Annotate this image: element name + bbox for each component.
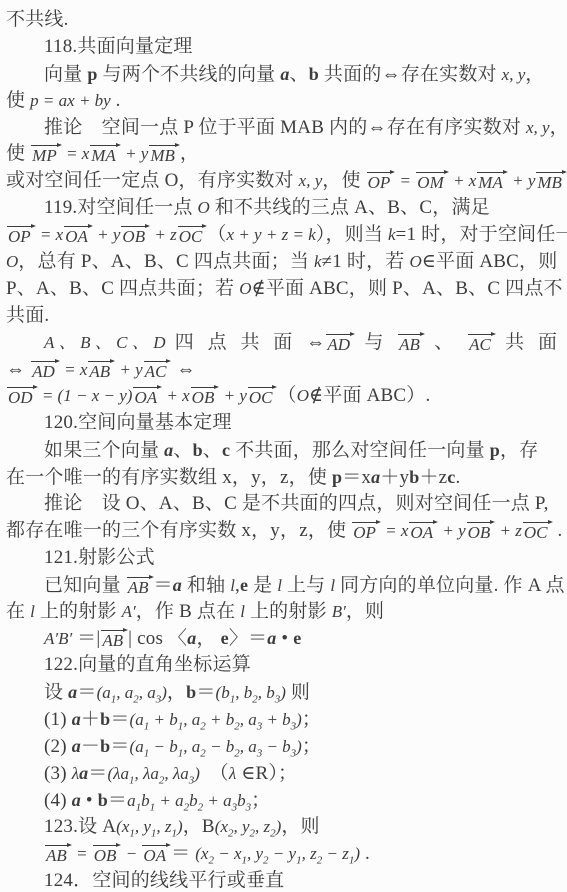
text-segment: . (456, 467, 461, 488)
document-page: 不共线.118.共面向量定理向量 p 与两个不共线的向量 a、b 共面的⇔存在实… (0, 0, 567, 892)
text-segment: 、 (203, 440, 222, 461)
text-segment: P、A、B、C 四点共面；若 (6, 278, 239, 299)
text-segment: 123.设 A (44, 816, 116, 837)
math-expression: + z (150, 225, 177, 244)
text-line-2: 118.共面向量定理 (6, 34, 561, 61)
math-expression: = (72, 844, 92, 863)
math-expression: (b1, b2, b3) (216, 683, 286, 702)
vector-overarrow-expression: OC (247, 386, 278, 408)
math-expression: (x1, y1, z1) (116, 817, 183, 836)
text-segment: 共面. (6, 305, 49, 326)
text-line-1: 不共线. (6, 7, 561, 34)
text-segment: ，使 (322, 170, 365, 191)
text-segment: （ (277, 385, 296, 406)
bold-vector-symbol: p (87, 64, 97, 84)
vector-overarrow-expression: OA (141, 844, 171, 866)
text-line-9: OP = xOA + yOB + zOC（x + y + z = k），则当 k… (6, 222, 561, 249)
text-line-4: 使 p = ax + by . (6, 88, 561, 115)
math-expression: (a1 + b1, a2 + b2, a3 + b3) (130, 710, 302, 729)
text-segment: 或对空间任一定点 O，有序实数对 (6, 170, 299, 191)
text-segment: =1 时，对于空间任一点 (396, 224, 567, 245)
bold-vector-symbol: b (98, 790, 108, 810)
math-expression: + z (495, 521, 522, 540)
text-segment: 和不共线的三点 A、B、C，满足 (210, 197, 490, 218)
math-expression: B′ (332, 602, 346, 621)
text-segment: 使 (6, 90, 30, 111)
text-segment: ＝ (171, 843, 195, 864)
vector-overarrow-expression: MB (535, 171, 567, 193)
text-line-11: P、A、B、C 四点共面；若 O∉平面 ABC，则 P、A、B、C 四点不 (6, 276, 561, 303)
text-line-24: A′B′ ＝|AB| cos 〈a， e〉＝a • e (6, 625, 561, 652)
text-line-29: (3) λa＝(λa1, λa2, λa3) （λ ∈R）； (6, 760, 561, 787)
text-line-26: 设 a＝(a1, a2, a3)，b＝(b1, b2, b3) 则 (6, 679, 561, 706)
text-segment: ， (550, 117, 567, 138)
bold-vector-symbol: c (222, 440, 230, 460)
text-segment: 118.共面向量定理 (44, 36, 193, 57)
text-line-19: 推论 设 O、A、B、C 是不共面的四点，则对空间任一点 P, (6, 491, 561, 518)
text-segment: 上的射影 (35, 601, 122, 622)
text-segment: ； (251, 790, 270, 811)
bold-vector-symbol: e (293, 628, 301, 648)
text-segment: . (553, 520, 563, 541)
vector-overarrow-expression: OA (408, 521, 438, 543)
bold-italic-vector-symbol: a (72, 709, 81, 729)
math-expression: (x2, y2, z2) (215, 817, 282, 836)
vector-overarrow-expression: OA (63, 225, 93, 247)
math-expression: + y (508, 171, 536, 190)
math-expression: = (1 − x − y) (38, 386, 133, 405)
text-segment: ＝| (72, 628, 100, 649)
bold-vector-symbol: e (240, 575, 248, 595)
bold-italic-vector-symbol: a (79, 763, 88, 783)
text-segment: 124．空间的线线平行或垂直 (44, 870, 284, 891)
bold-vector-symbol: e (221, 628, 229, 648)
math-expression: x + y + z = k (227, 225, 316, 244)
math-expression: A、B、C、D (44, 333, 165, 352)
math-expression: O (409, 252, 421, 271)
bold-vector-symbol: b (100, 736, 110, 756)
text-segment: ＝ (154, 575, 173, 596)
text-segment: 不共线. (6, 9, 69, 30)
math-expression: x, y (526, 118, 550, 137)
math-expression: + x (162, 386, 190, 405)
text-line-23: 在 l 上的射影 A′，作 B 点在 l 上的射影 B′，则 (6, 599, 561, 626)
math-expression: p = ax + by (30, 91, 111, 110)
vector-overarrow-expression: AB (397, 333, 425, 355)
text-segment: (3) (44, 763, 72, 784)
text-segment: ＋y (380, 467, 409, 488)
text-segment: . (360, 843, 370, 864)
text-segment: 与 (355, 332, 397, 353)
bold-vector-symbol: b (409, 467, 419, 487)
vector-overarrow-expression: OM (415, 171, 448, 193)
vector-overarrow-expression: AB (126, 576, 154, 598)
vector-overarrow-expression: OB (466, 521, 496, 543)
vector-overarrow-expression: MA (476, 171, 508, 193)
bold-italic-vector-symbol: a (164, 440, 173, 460)
text-segment: ， (196, 628, 220, 649)
text-segment: ∉平面 ABC）. (309, 385, 430, 406)
text-segment: 在一个唯一的有序实数组 x，y，z，使 (6, 467, 332, 488)
text-line-20: 都存在唯一的三个有序实数 x，y，z，使 OP = xOA + yOB + zO… (6, 518, 561, 545)
text-line-12: 共面. (6, 303, 561, 330)
text-segment: 推论 空间一点 P 位于平面 MAB 内的⇔存在有序实数对 (44, 117, 526, 138)
vector-overarrow-expression: AB (100, 629, 128, 651)
bold-italic-vector-symbol: a (371, 467, 380, 487)
text-line-5: 推论 空间一点 P 位于平面 MAB 内的⇔存在有序实数对 x, y， (6, 115, 561, 142)
text-segment: 都存在唯一的三个有序实数 x，y，z，使 (6, 520, 351, 541)
text-line-17: 如果三个向量 a、b、c 不共面，那么对空间任一向量 p，存 (6, 437, 561, 464)
text-line-32: AB = OB − OA＝ (x2 − x1, y2 − y1, z2 − z1… (6, 841, 561, 868)
math-expression: a1b1 + a2b2 + a3b3 (127, 791, 251, 810)
bold-italic-vector-symbol: a (68, 682, 77, 702)
text-segment: 、 (425, 332, 467, 353)
text-line-33: 124．空间的线线平行或垂直 (6, 868, 561, 892)
text-segment: ＝x (342, 467, 371, 488)
bold-vector-symbol: c (447, 467, 455, 487)
math-expression: + y (93, 225, 121, 244)
text-segment: 设 (44, 682, 68, 703)
bold-italic-vector-symbol: a (72, 790, 81, 810)
math-expression: (a1 − b1, a2 − b2, a3 − b3) (130, 737, 302, 756)
vector-overarrow-expression: AD (30, 360, 60, 382)
text-line-22: 已知向量 AB＝a 和轴 l,e 是 l 上与 l 同方向的单位向量. 作 A … (6, 572, 561, 599)
vector-overarrow-expression: OC (177, 225, 208, 247)
math-expression: O (239, 279, 251, 298)
text-segment: (4) (44, 790, 72, 811)
text-line-18: 在一个唯一的有序实数组 x，y，z，使 p＝xa＋yb＋zc. (6, 464, 561, 491)
text-segment: ＝ (110, 709, 129, 730)
text-segment: 不共面，那么对空间任一向量 (230, 440, 490, 461)
text-segment: ⇔ (6, 359, 30, 380)
vector-overarrow-expression: OB (120, 225, 150, 247)
math-expression: x, y (502, 65, 526, 84)
text-segment: 、 (173, 440, 192, 461)
bold-vector-symbol: b (193, 440, 203, 460)
text-segment: 向量 (44, 64, 87, 85)
text-segment: ，B (183, 816, 215, 837)
math-expression: k (314, 252, 322, 271)
text-segment: 和轴 (182, 575, 230, 596)
text-segment: ，总有 P、A、B、C 四点共面；当 (18, 251, 314, 272)
text-segment: 、 (290, 64, 309, 85)
vector-overarrow-expression: AC (467, 333, 496, 355)
vector-overarrow-expression: OC (522, 521, 553, 543)
text-segment: 则 (286, 682, 310, 703)
vector-overarrow-expression: OP (366, 171, 396, 193)
text-segment: 推论 设 O、A、B、C 是不共面的四点，则对空间任一点 P, (44, 493, 549, 514)
text-line-8: 119.对空间任一点 O 和不共线的三点 A、B、C，满足 (6, 195, 561, 222)
text-line-3: 向量 p 与两个不共线的向量 a、b 共面的⇔存在实数对 x, y， (6, 61, 561, 88)
text-segment: (2) (44, 736, 72, 757)
text-line-15: OD = (1 − x − y)OA + xOB + yOC（O∉平面 ABC）… (6, 383, 561, 410)
math-expression: O (6, 252, 18, 271)
vector-overarrow-expression: OP (351, 521, 381, 543)
text-line-25: 122.向量的直角坐标运算 (6, 652, 561, 679)
text-segment: ，则 (346, 601, 384, 622)
text-segment: 是 (248, 575, 277, 596)
bold-vector-symbol: b (100, 709, 110, 729)
text-segment: ∈平面 ABC，则 (422, 251, 558, 272)
math-expression: = x (36, 225, 64, 244)
bold-italic-vector-symbol: a (280, 64, 289, 84)
math-expression: λ (72, 764, 79, 783)
math-expression: + x (449, 171, 477, 190)
text-segment: 已知向量 (44, 575, 126, 596)
text-segment: 〉＝ (229, 628, 267, 649)
text-segment: 四 点 共 面 ⇔ (165, 332, 325, 353)
text-segment: ∈R）； (236, 763, 297, 784)
text-segment: . (111, 90, 121, 111)
vector-overarrow-expression: OD (6, 386, 38, 408)
math-expression: (a1, a2, a3) (97, 683, 167, 702)
vector-overarrow-expression: MB (148, 144, 180, 166)
text-segment: ＝ (77, 682, 96, 703)
text-segment: 上的射影 (245, 601, 332, 622)
text-segment: 共面的⇔存在实数对 (319, 64, 502, 85)
text-segment: ≠1 时，若 (322, 251, 410, 272)
text-segment: ，存 (500, 440, 538, 461)
text-segment: ＝ (88, 763, 107, 784)
text-line-21: 121.射影公式 (6, 545, 561, 572)
text-segment: ，作 B 点在 (136, 601, 241, 622)
text-segment: ， (525, 64, 544, 85)
text-segment: ⇔ (171, 359, 195, 380)
text-line-27: (1) a＋b＝(a1 + b1, a2 + b2, a3 + b3)； (6, 706, 561, 733)
text-segment: ＝ (108, 790, 127, 811)
math-expression: + y (115, 360, 143, 379)
text-segment: 如果三个向量 (44, 440, 164, 461)
vector-overarrow-expression: OA (132, 386, 162, 408)
text-segment: ＋ (81, 709, 100, 730)
text-line-31: 123.设 A(x1, y1, z1)，B(x2, y2, z2)，则 (6, 814, 561, 841)
vector-overarrow-expression: OB (92, 844, 122, 866)
text-segment: ＝ (110, 736, 129, 757)
text-segment: ，则 (281, 816, 319, 837)
math-expression: + y (121, 144, 149, 163)
math-expression: k (388, 225, 396, 244)
text-segment: | cos 〈 (128, 628, 187, 649)
text-segment: （ (207, 224, 226, 245)
text-segment: • (276, 628, 293, 649)
vector-overarrow-expression: AD (325, 333, 355, 355)
bold-italic-vector-symbol: a (72, 736, 81, 756)
math-expression: O (198, 198, 210, 217)
text-segment: ＝ (196, 682, 215, 703)
text-segment: 共 面 (496, 332, 557, 353)
math-expression: (λa1, λa2, λa3) (108, 764, 200, 783)
text-segment: 120.空间向量基本定理 (44, 412, 232, 433)
text-segment: 同方向的单位向量. 作 A 点 (335, 575, 565, 596)
math-expression: x, y (299, 171, 323, 190)
vector-overarrow-expression: OB (190, 386, 220, 408)
math-expression: = x (381, 521, 409, 540)
vector-overarrow-expression: MP (30, 144, 62, 166)
text-segment: ； (302, 709, 321, 730)
text-segment: ， (167, 682, 186, 703)
math-expression: O (297, 386, 309, 405)
vector-overarrow-expression: AB (87, 360, 115, 382)
math-expression: A′ (122, 602, 136, 621)
text-segment: （ (200, 763, 229, 784)
text-segment: 在 (6, 601, 30, 622)
text-line-16: 120.空间向量基本定理 (6, 410, 561, 437)
bold-vector-symbol: p (332, 467, 342, 487)
math-expression: − (121, 844, 141, 863)
text-segment: ， (180, 143, 199, 164)
text-segment: 122.向量的直角坐标运算 (44, 654, 251, 675)
vector-overarrow-expression: OP (6, 225, 36, 247)
text-segment: ），则当 (316, 224, 388, 245)
vector-overarrow-expression: AC (143, 360, 172, 382)
text-line-30: (4) a • b＝a1b1 + a2b2 + a3b3； (6, 787, 561, 814)
text-segment: ＋z (419, 467, 447, 488)
math-expression: + y (438, 521, 466, 540)
math-expression: A′B′ (44, 629, 72, 648)
math-expression: = x (62, 144, 90, 163)
bold-italic-vector-symbol: a (173, 575, 182, 595)
text-segment: 使 (6, 143, 30, 164)
text-segment: ； (302, 736, 321, 757)
math-expression: = x (60, 360, 88, 379)
text-segment: 与两个不共线的向量 (98, 64, 281, 85)
bold-vector-symbol: b (186, 682, 196, 702)
text-segment: － (81, 736, 100, 757)
math-expression: = (395, 171, 415, 190)
vector-overarrow-expression: AB (44, 844, 72, 866)
text-segment: 121.射影公式 (44, 547, 155, 568)
math-expression: + y (219, 386, 247, 405)
text-line-10: O，总有 P、A、B、C 四点共面；当 k≠1 时，若 O∈平面 ABC，则 (6, 249, 561, 276)
text-line-28: (2) a－b＝(a1 − b1, a2 − b2, a3 − b3)； (6, 733, 561, 760)
bold-vector-symbol: p (490, 440, 500, 460)
text-line-14: ⇔ AD = xAB + yAC ⇔ (6, 357, 561, 384)
text-line-6: 使 MP = xMA + yMB， (6, 141, 561, 168)
text-segment: • (81, 790, 98, 811)
text-segment: 119.对空间任一点 (44, 197, 198, 218)
text-segment: (1) (44, 709, 72, 730)
math-expression: (x2 − x1, y2 − y1, z2 − z1) (195, 844, 360, 863)
text-segment: ∉平面 ABC，则 P、A、B、C 四点不 (251, 278, 562, 299)
text-segment: 上与 (282, 575, 330, 596)
bold-vector-symbol: b (309, 64, 319, 84)
text-line-7: 或对空间任一定点 O，有序实数对 x, y，使 OP = OM + xMA + … (6, 168, 561, 195)
vector-overarrow-expression: MA (89, 144, 121, 166)
text-line-13: A、B、C、D 四 点 共 面 ⇔AD 与 AB 、 AC 共 面 (6, 330, 561, 357)
